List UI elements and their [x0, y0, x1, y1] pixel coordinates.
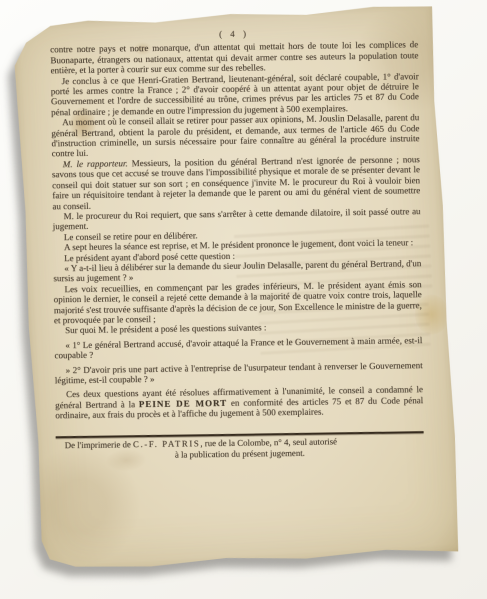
speaker-label: M. le rapporteur. — [63, 158, 128, 169]
printer-name: C.-F. PATRIS — [133, 438, 200, 449]
imprint-text-post: , rue de la Colombe, n° 4, seul autorisé — [200, 436, 337, 448]
document-paper-wrap: ( 4 ) contre notre pays et notre monarqu… — [12, 2, 461, 574]
death-penalty-emphasis: PEINE DE MORT — [139, 398, 227, 409]
printed-text-block: ( 4 ) contre notre pays et notre monarqu… — [50, 26, 424, 461]
document-page: ( 4 ) contre notre pays et notre monarqu… — [12, 2, 461, 574]
photo-backdrop: ( 4 ) contre notre pays et notre monarqu… — [0, 0, 487, 599]
quoted-question-1: « 1° Le général Bertrand accusé, d'avoir… — [54, 335, 422, 361]
body-paragraph-1: contre notre pays et notre monarque, d'u… — [50, 40, 418, 76]
verdict-paragraph: Ces deux questions ayant été résolues af… — [55, 385, 423, 421]
body-paragraph-4: M. le rapporteur. Messieurs, la position… — [52, 154, 421, 211]
body-paragraph-3: Au moment où le conseil allait se retire… — [51, 112, 420, 159]
imprint-text-pre: De l'imprimerie de — [65, 439, 133, 450]
quoted-question-2: » 2° D'avoir pris une part active à l'en… — [55, 360, 423, 386]
body-paragraph-10: Les voix recueillies, en commençant par … — [54, 279, 423, 326]
body-paragraph-2: Je conclus à ce que Henri-Gratien Bertra… — [51, 71, 420, 118]
